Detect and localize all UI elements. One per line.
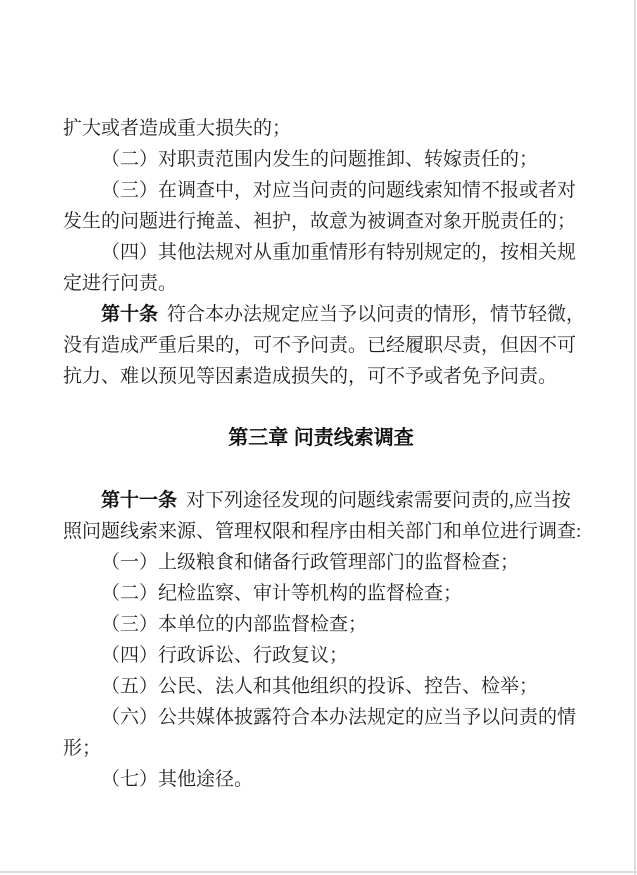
article-number: 第十一条 [101, 490, 177, 511]
article-number: 第十条 [101, 304, 158, 325]
doc-line: 第十一条对下列途径发现的问题线索需要问责的,应当按 [63, 485, 579, 516]
doc-line: （三）在调查中，对应当问责的问题线索知情不报或者对 [63, 175, 579, 206]
doc-line: 形； [63, 733, 579, 764]
doc-line: （二）对职责范围内发生的问题推卸、转嫁责任的； [63, 144, 579, 175]
doc-line: （四）其他法规对从重加重情形有特别规定的，按相关规 [63, 237, 579, 268]
doc-line: （七）其他途径。 [63, 764, 579, 795]
doc-line: （三）本单位的内部监督检查； [63, 609, 579, 640]
doc-line: 第十条符合本办法规定应当予以问责的情形，情节轻微， [63, 299, 579, 330]
doc-line: （二）纪检监察、审计等机构的监督检查； [63, 578, 579, 609]
doc-line: 发生的问题进行掩盖、袒护，故意为被调查对象开脱责任的； [63, 206, 579, 237]
doc-line: （五）公民、法人和其他组织的投诉、控告、检举； [63, 671, 579, 702]
doc-line: 照问题线索来源、管理权限和程序由相关部门和单位进行调查: [63, 516, 579, 547]
doc-line: （六）公共媒体披露符合本办法规定的应当予以问责的情 [63, 702, 579, 733]
document-body: 扩大或者造成重大损失的；（二）对职责范围内发生的问题推卸、转嫁责任的；（三）在调… [63, 113, 579, 795]
doc-line: 没有造成严重后果的，可不予问责。已经履职尽责，但因不可 [63, 330, 579, 361]
document-page: 扩大或者造成重大损失的；（二）对职责范围内发生的问题推卸、转嫁责任的；（三）在调… [0, 0, 637, 875]
chapter-heading: 第三章 问责线索调查 [63, 423, 579, 454]
doc-line: 定进行问责。 [63, 268, 579, 299]
doc-line: 抗力、难以预见等因素造成损失的，可不予或者免予问责。 [63, 361, 579, 392]
page-edge-right [634, 0, 636, 875]
page-edge-bottom [0, 871, 637, 873]
doc-line: （四）行政诉讼、行政复议； [63, 640, 579, 671]
doc-line: 扩大或者造成重大损失的； [63, 113, 579, 144]
doc-line: （一）上级粮食和储备行政管理部门的监督检查； [63, 547, 579, 578]
